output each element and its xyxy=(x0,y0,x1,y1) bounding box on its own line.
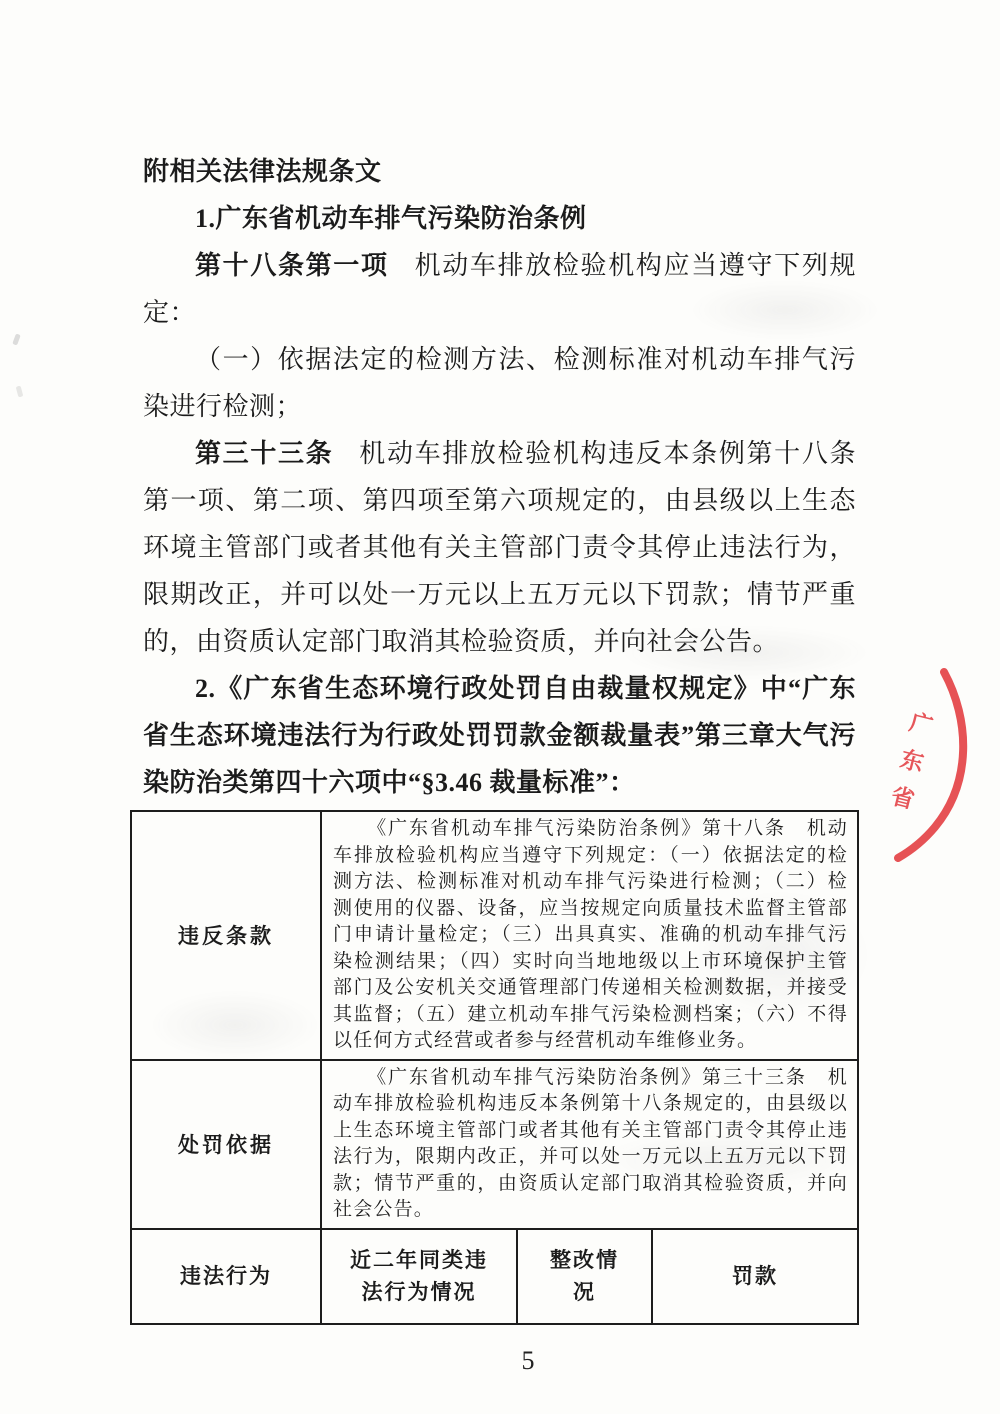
ink-speck xyxy=(12,333,20,345)
page-heading: 附相关法律法规条文 xyxy=(143,148,856,195)
row-content-penalty-basis: 《广东省机动车排气污染防治条例》第三十三条 机动车排放检验机构违反本条例第十八条… xyxy=(321,1060,858,1229)
table-row-violated-clause: 违反条款 《广东省机动车排气污染防治条例》第十八条 机动车排放检验机构应当遵守下… xyxy=(131,811,858,1060)
clause-number: 第三十三条 xyxy=(195,439,333,468)
paragraph-item-1: （一）依据法定的检测方法、检测标准对机动车排气污染进行检测； xyxy=(143,336,856,430)
document-body: 附相关法律法规条文 1.广东省机动车排气污染防治条例 第十八条第一项机动车排放检… xyxy=(143,148,856,806)
header-cell-fine: 罚款 xyxy=(652,1229,858,1324)
discretion-standard-table: 违反条款 《广东省机动车排气污染防治条例》第十八条 机动车排放检验机构应当遵守下… xyxy=(130,810,859,1325)
row-label-penalty-basis: 处罚依据 xyxy=(131,1060,321,1229)
row-content-violated-clause: 《广东省机动车排气污染防治条例》第十八条 机动车排放检验机构应当遵守下列规定：（… xyxy=(321,811,858,1060)
ink-speck xyxy=(16,386,24,398)
header-cell-similar-violations: 近二年同类违法行为情况 xyxy=(321,1229,517,1324)
row-label-violated-clause: 违反条款 xyxy=(131,811,321,1060)
clause-number: 第十八条第一项 xyxy=(195,251,389,280)
paragraph-text: 机动车排放检验机构违反本条例第十八条第一项、第二项、第四项至第六项规定的，由县级… xyxy=(143,439,856,656)
paragraph-article-33: 第三十三条机动车排放检验机构违反本条例第十八条第一项、第二项、第四项至第六项规定… xyxy=(143,430,856,665)
paragraph-article-18: 第十八条第一项机动车排放检验机构应当遵守下列规定： xyxy=(143,242,856,336)
header-cell-rectification: 整改情况 xyxy=(517,1229,652,1324)
section-1-title: 1.广东省机动车排气污染防治条例 xyxy=(143,195,856,242)
document-page: 附相关法律法规条文 1.广东省机动车排气污染防治条例 第十八条第一项机动车排放检… xyxy=(0,0,1000,1414)
stamp-arc-icon xyxy=(880,662,980,862)
section-2-title: 2.《广东省生态环境行政处罚自由裁量权规定》中“广东省生态环境违法行为行政处罚罚… xyxy=(143,665,856,806)
table-header-row: 违法行为 近二年同类违法行为情况 整改情况 罚款 xyxy=(131,1229,858,1324)
paragraph-text: （一）依据法定的检测方法、检测标准对机动车排气污染进行检测； xyxy=(143,345,856,421)
page-number: 5 xyxy=(28,1346,1000,1376)
table-row-penalty-basis: 处罚依据 《广东省机动车排气污染防治条例》第三十三条 机动车排放检验机构违反本条… xyxy=(131,1060,858,1229)
header-cell-violation: 违法行为 xyxy=(131,1229,321,1324)
stamp-text: 广东省 xyxy=(879,708,939,827)
red-seal-stamp: 广东省 xyxy=(880,662,980,862)
